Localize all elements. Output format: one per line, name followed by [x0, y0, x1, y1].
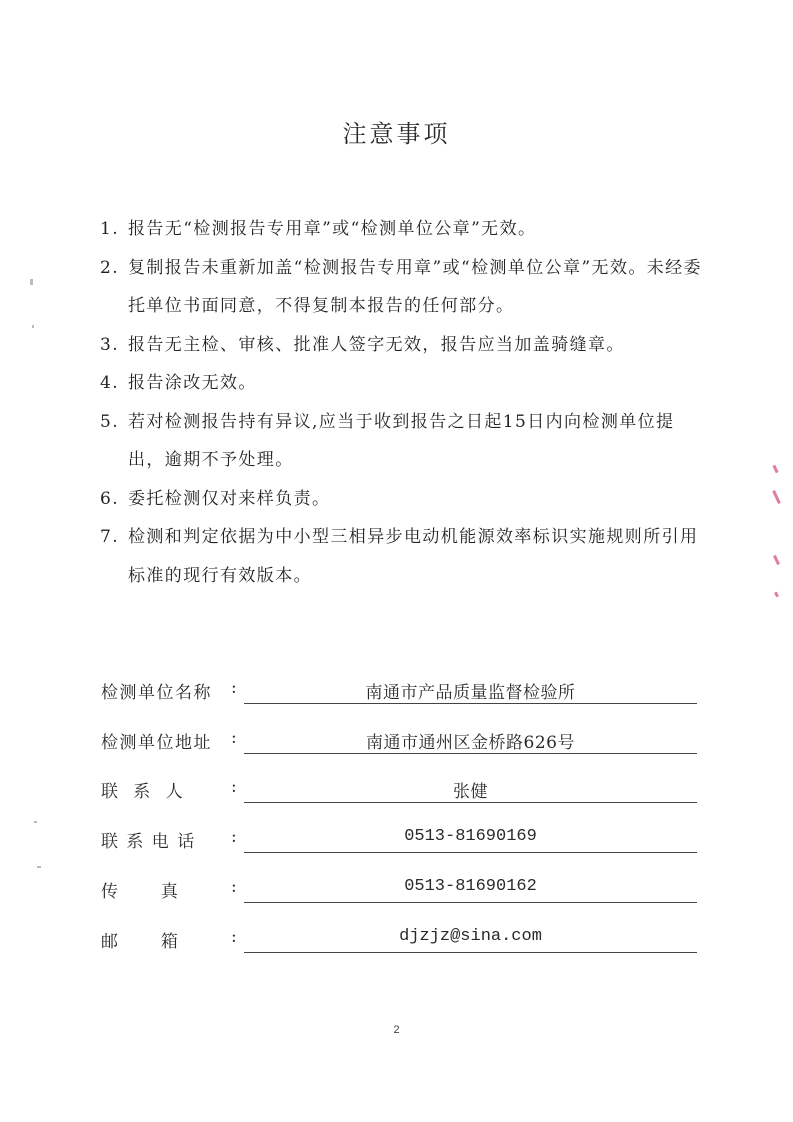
info-value-lab-address: 南通市通州区金桥路626号: [244, 728, 697, 753]
note-number: 2.: [100, 249, 128, 326]
stamp-mark: [772, 490, 781, 504]
note-text: 若对检测报告持有异议,应当于收到报告之日起15日内向检测单位提出，逾期不予处理。: [128, 403, 708, 480]
note-text: 委托检测仅对来样负责。: [128, 480, 708, 519]
note-item-4: 4. 报告涂改无效。: [100, 364, 720, 403]
info-colon: :: [231, 877, 237, 897]
note-item-5: 5. 若对检测报告持有异议,应当于收到报告之日起15日内向检测单位提出，逾期不予…: [100, 403, 720, 480]
underline: [244, 902, 697, 903]
info-colon: :: [231, 678, 237, 698]
info-row-fax: 传 真 : 0513-81690162: [101, 877, 701, 907]
info-label: 传 真: [101, 877, 179, 902]
info-colon: :: [231, 827, 237, 847]
info-label: 联 系 人: [101, 777, 184, 802]
note-item-3: 3. 报告无主检、审核、批准人签字无效，报告应当加盖骑缝章。: [100, 326, 720, 365]
underline: [244, 852, 697, 853]
note-number: 1.: [100, 210, 128, 249]
underline: [244, 703, 697, 704]
note-text: 报告涂改无效。: [128, 364, 708, 403]
note-number: 4.: [100, 364, 128, 403]
page-number: 2: [0, 1024, 793, 1036]
note-item-1: 1. 报告无“检测报告专用章”或“检测单位公章”无效。: [100, 210, 720, 249]
info-row-phone: 联 系 电 话 : 0513-81690169: [101, 827, 701, 857]
info-row-email: 邮 箱 : djzjz@sina.com: [101, 927, 701, 957]
info-value-fax: 0513-81690162: [244, 877, 697, 896]
note-number: 6.: [100, 480, 128, 519]
underline: [244, 753, 697, 754]
note-number: 5.: [100, 403, 128, 480]
stamp-mark: [773, 555, 780, 565]
info-colon: :: [231, 728, 237, 748]
info-value-lab-name: 南通市产品质量监督检验所: [244, 678, 697, 703]
info-label: 邮 箱: [101, 927, 179, 952]
scan-speck: [32, 325, 34, 328]
info-label: 检测单位名称: [101, 678, 212, 703]
scan-speck: [37, 866, 41, 868]
note-text: 报告无“检测报告专用章”或“检测单位公章”无效。: [128, 210, 708, 249]
info-colon: :: [231, 927, 237, 947]
info-colon: :: [231, 777, 237, 797]
underline: [244, 802, 697, 803]
underline: [244, 952, 697, 953]
note-text: 检测和判定依据为中小型三相异步电动机能源效率标识实施规则所引用标准的现行有效版本…: [128, 518, 708, 595]
note-item-6: 6. 委托检测仅对来样负责。: [100, 480, 720, 519]
info-row-lab-address: 检测单位地址 : 南通市通州区金桥路626号: [101, 728, 701, 758]
note-number: 3.: [100, 326, 128, 365]
info-row-lab-name: 检测单位名称 : 南通市产品质量监督检验所: [101, 678, 701, 708]
info-value-email: djzjz@sina.com: [244, 927, 697, 946]
scan-speck: [30, 279, 33, 285]
info-row-contact-person: 联 系 人 : 张健: [101, 777, 701, 807]
note-number: 7.: [100, 518, 128, 595]
note-text: 复制报告未重新加盖“检测报告专用章”或“检测单位公章”无效。未经委托单位书面同意…: [128, 249, 708, 326]
info-value-phone: 0513-81690169: [244, 827, 697, 846]
note-item-2: 2. 复制报告未重新加盖“检测报告专用章”或“检测单位公章”无效。未经委托单位书…: [100, 249, 720, 326]
info-label: 联 系 电 话: [101, 827, 196, 852]
notes-list: 1. 报告无“检测报告专用章”或“检测单位公章”无效。 2. 复制报告未重新加盖…: [100, 210, 720, 595]
stamp-mark: [772, 465, 778, 474]
note-text: 报告无主检、审核、批准人签字无效，报告应当加盖骑缝章。: [128, 326, 708, 365]
stamp-mark: [774, 592, 779, 598]
page-title: 注意事项: [0, 114, 793, 149]
note-item-7: 7. 检测和判定依据为中小型三相异步电动机能源效率标识实施规则所引用标准的现行有…: [100, 518, 720, 595]
scan-speck: [34, 821, 37, 823]
info-label: 检测单位地址: [101, 728, 212, 753]
info-value-contact-person: 张健: [244, 777, 697, 802]
